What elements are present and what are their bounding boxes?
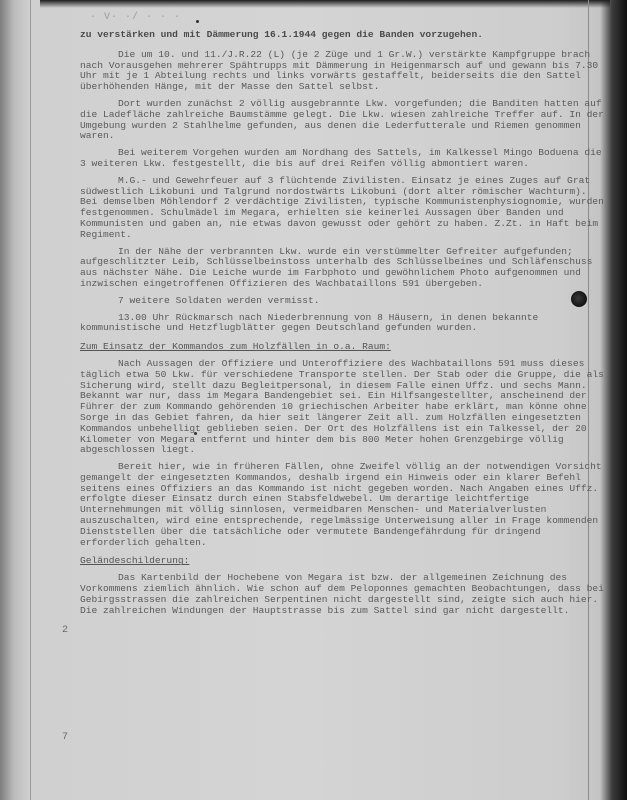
margin-mark: 7 <box>62 732 68 743</box>
paragraph: Das Kartenbild der Hochebene von Megara … <box>80 573 605 616</box>
document-body: zu verstärken und mit Dämmerung 16.1.194… <box>80 30 605 622</box>
margin-line <box>30 0 31 800</box>
paragraph: Bei weiterem Vorgehen wurden am Nordhang… <box>80 148 605 170</box>
paragraph: 7 weitere Soldaten werden vermisst. <box>80 296 605 307</box>
punch-hole <box>571 291 587 307</box>
opening-line: zu verstärken und mit Dämmerung 16.1.194… <box>80 30 605 41</box>
scanned-page: · V· ·/ · · · zu verstärken und mit Dämm… <box>0 0 627 800</box>
paragraph: Die um 10. und 11./J.R.22 (L) (je 2 Züge… <box>80 50 605 93</box>
ink-spot <box>196 20 199 23</box>
margin-mark: 2 <box>62 625 68 636</box>
paragraph: Bereit hier, wie in früheren Fällen, ohn… <box>80 462 605 548</box>
paragraph: Nach Aussagen der Offiziere und Unteroff… <box>80 359 605 456</box>
section-heading-holzfaellen: Zum Einsatz der Kommandos zum Holzfällen… <box>80 342 605 353</box>
paragraph: M.G.- und Gewehrfeuer auf 3 flüchtende Z… <box>80 176 605 241</box>
paragraph: 13.00 Uhr Rückmarsch nach Niederbrennung… <box>80 313 605 335</box>
paragraph: In der Nähe der verbrannten Lkw. wurde e… <box>80 247 605 290</box>
scan-shadow <box>40 0 610 8</box>
header-scrawl: · V· ·/ · · · <box>90 12 200 22</box>
paragraph: Dort wurden zunächst 2 völlig ausgebrann… <box>80 99 605 142</box>
section-heading-gelaende: Geländeschilderung: <box>80 556 605 567</box>
ink-spot <box>194 432 197 435</box>
